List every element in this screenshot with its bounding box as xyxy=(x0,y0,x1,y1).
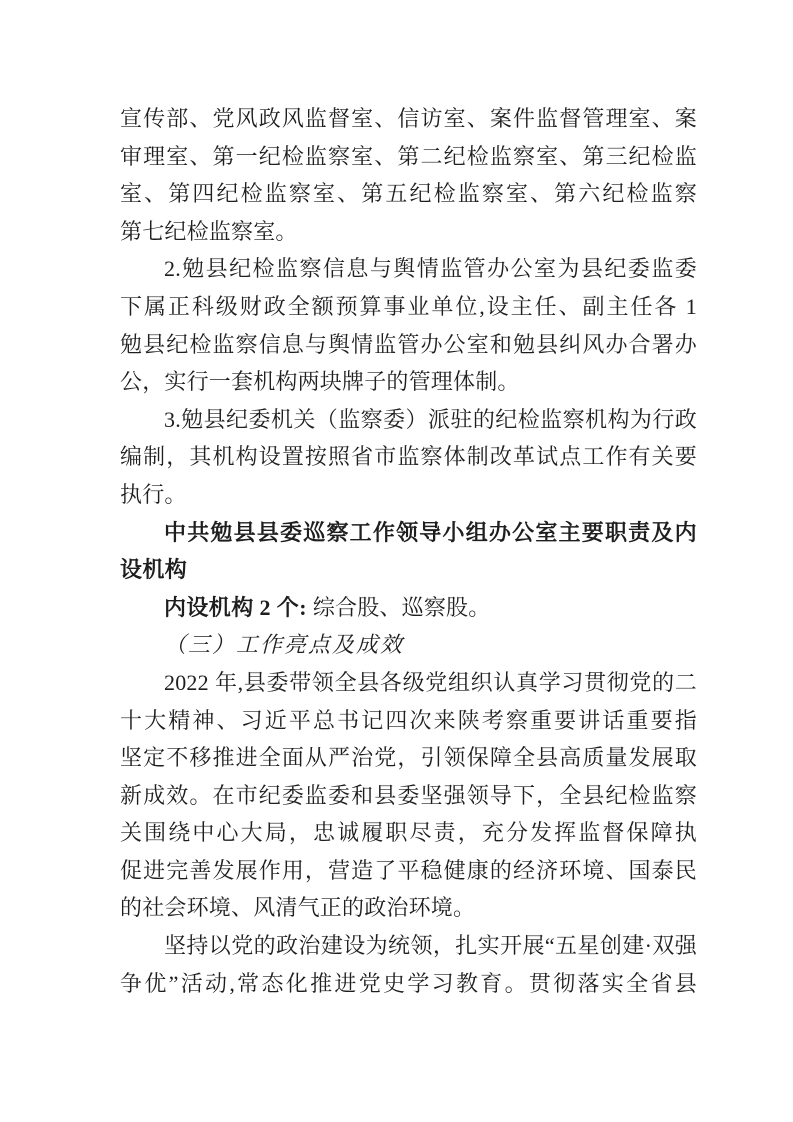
body-line: 坚定不移推进全面从严治党，引领保障全县高质量发展取得 xyxy=(120,739,697,777)
body-line: 的社会环境、风清气正的政治环境。 xyxy=(120,889,697,927)
paragraph-start-line: 坚持以党的政治建设为统领，扎实开展“五星创建·双强 xyxy=(120,927,697,965)
body-line: 十大精神、习近平总书记四次来陕考察重要讲话重要指示， xyxy=(120,702,697,740)
body-line: 争优”活动,常态化推进党史学习教育。贯彻落实全省县（区） xyxy=(120,965,697,1003)
body-line: 关围绕中心大局，忠诚履职尽责，充分发挥监督保障执行、 xyxy=(120,814,697,852)
body-line: 新成效。在市纪委监委和县委坚强领导下，全县纪检监察机 xyxy=(120,777,697,815)
body-line: 宣传部、党风政风监督室、信访室、案件监督管理室、案件 xyxy=(120,100,697,138)
internal-organs-line: 内设机构 2 个: 综合股、巡察股。 xyxy=(120,589,697,627)
internal-organs-value: 综合股、巡察股。 xyxy=(313,595,491,620)
body-line: 下属正科级财政全额预算事业单位,设主任、副主任各 1 职。 xyxy=(120,288,697,326)
document-page: 宣传部、党风政风监督室、信访室、案件监督管理室、案件 审理室、第一纪检监察室、第… xyxy=(0,0,793,1122)
body-line: 室、第四纪检监察室、第五纪检监察室、第六纪检监察室、 xyxy=(120,175,697,213)
paragraph-start-line: 3.勉县纪委机关（监察委）派驻的纪检监察机构为行政 xyxy=(120,401,697,439)
internal-organs-label: 内设机构 2 个: xyxy=(164,595,313,620)
paragraph-start-line: 2.勉县纪检监察信息与舆情监管办公室为县纪委监委 xyxy=(120,250,697,288)
body-line: 公，实行一套机构两块牌子的管理体制。 xyxy=(120,363,697,401)
body-line: 执行。 xyxy=(120,476,697,514)
paragraph-start-line: 2022 年,县委带领全县各级党组织认真学习贯彻党的二 xyxy=(120,664,697,702)
body-line: 勉县纪检监察信息与舆情监管办公室和勉县纠风办合署办 xyxy=(120,326,697,364)
section-heading-line: 设机构 xyxy=(120,551,697,589)
body-line: 第七纪检监察室。 xyxy=(120,213,697,251)
body-line: 促进完善发展作用，营造了平稳健康的经济环境、国泰民安 xyxy=(120,852,697,890)
body-line: 编制，其机构设置按照省市监察体制改革试点工作有关要求 xyxy=(120,438,697,476)
section-heading-line: 中共勉县县委巡察工作领导小组办公室主要职责及内 xyxy=(120,514,697,552)
body-line: 审理室、第一纪检监察室、第二纪检监察室、第三纪检监察 xyxy=(120,138,697,176)
subsection-heading-line: （三）工作亮点及成效 xyxy=(120,626,697,664)
